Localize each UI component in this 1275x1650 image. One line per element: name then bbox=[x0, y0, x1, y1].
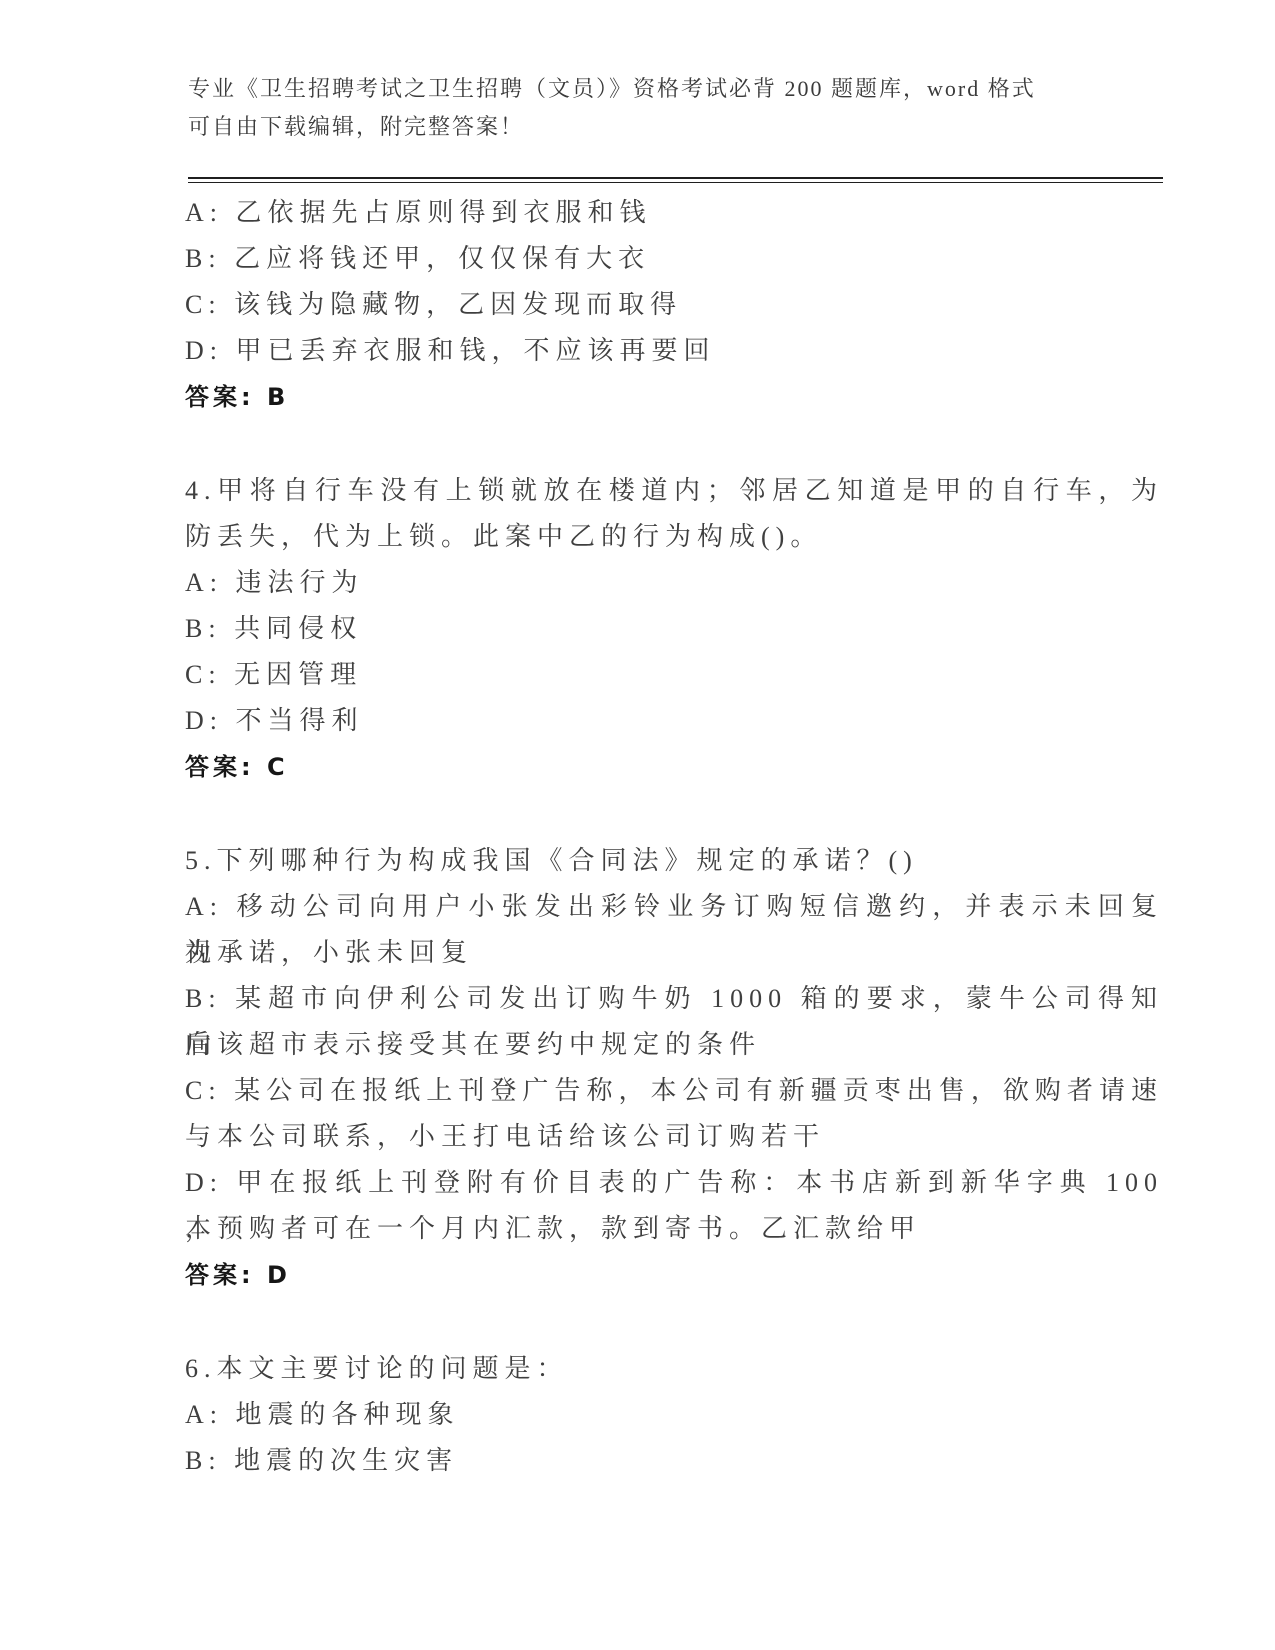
question-text: 6.本文主要讨论的问题是： bbox=[185, 1346, 1163, 1392]
text-line: 为承诺，小张未回复 bbox=[185, 930, 1163, 976]
rule-line-bottom bbox=[188, 182, 1163, 183]
option-item: C: 该钱为隐藏物，乙因发现而取得 bbox=[185, 282, 1163, 328]
option-item: A: 移动公司向用户小张发出彩铃业务订购短信邀约，并表示未回复视为承诺，小张未回… bbox=[185, 884, 1163, 976]
question-block: 5.下列哪种行为构成我国《合同法》规定的承诺？()A: 移动公司向用户小张发出彩… bbox=[185, 838, 1163, 1298]
text-line: A: 地震的各种现象 bbox=[185, 1392, 1163, 1438]
text-line: ，预购者可在一个月内汇款，款到寄书。乙汇款给甲 bbox=[185, 1206, 1163, 1252]
text-line: B: 乙应将钱还甲，仅仅保有大衣 bbox=[185, 236, 1163, 282]
option-item: B: 某超市向伊利公司发出订购牛奶 1000 箱的要求，蒙牛公司得知后向该超市表… bbox=[185, 976, 1163, 1068]
option-item: D: 甲已丢弃衣服和钱，不应该再要回 bbox=[185, 328, 1163, 374]
option-item: A: 地震的各种现象 bbox=[185, 1392, 1163, 1438]
text-line: 6.本文主要讨论的问题是： bbox=[185, 1346, 1163, 1392]
document-page: 专业《卫生招聘考试之卫生招聘（文员）》资格考试必背 200 题题库，word 格… bbox=[0, 0, 1275, 1650]
option-item: D: 不当得利 bbox=[185, 698, 1163, 744]
header-line: 专业《卫生招聘考试之卫生招聘（文员）》资格考试必背 200 题题库，word 格… bbox=[188, 70, 1088, 108]
option-item: C: 无因管理 bbox=[185, 652, 1163, 698]
text-line: A: 乙依据先占原则得到衣服和钱 bbox=[185, 190, 1163, 236]
header-line: 可自由下载编辑，附完整答案！ bbox=[188, 108, 1088, 146]
option-item: A: 乙依据先占原则得到衣服和钱 bbox=[185, 190, 1163, 236]
text-line: 向该超市表示接受其在要约中规定的条件 bbox=[185, 1022, 1163, 1068]
text-line: D: 不当得利 bbox=[185, 698, 1163, 744]
text-line: C: 无因管理 bbox=[185, 652, 1163, 698]
text-line: B: 某超市向伊利公司发出订购牛奶 1000 箱的要求，蒙牛公司得知后 bbox=[185, 976, 1163, 1022]
question-block: 4.甲将自行车没有上锁就放在楼道内；邻居乙知道是甲的自行车，为防丢失，代为上锁。… bbox=[185, 468, 1163, 790]
text-line: B: 地震的次生灾害 bbox=[185, 1438, 1163, 1484]
text-line: C: 该钱为隐藏物，乙因发现而取得 bbox=[185, 282, 1163, 328]
answer-line: 答案: B bbox=[185, 374, 1163, 420]
question-text: 4.甲将自行车没有上锁就放在楼道内；邻居乙知道是甲的自行车，为防丢失，代为上锁。… bbox=[185, 468, 1163, 560]
text-line: 防丢失，代为上锁。此案中乙的行为构成()。 bbox=[185, 514, 1163, 560]
text-line: C: 某公司在报纸上刊登广告称，本公司有新疆贡枣出售，欲购者请速 bbox=[185, 1068, 1163, 1114]
answer-line: 答案: D bbox=[185, 1252, 1163, 1298]
text-line: D: 甲在报纸上刊登附有价目表的广告称：本书店新到新华字典 100 本 bbox=[185, 1160, 1163, 1206]
text-line: 5.下列哪种行为构成我国《合同法》规定的承诺？() bbox=[185, 838, 1163, 884]
option-item: B: 地震的次生灾害 bbox=[185, 1438, 1163, 1484]
question-text: 5.下列哪种行为构成我国《合同法》规定的承诺？() bbox=[185, 838, 1163, 884]
text-line: 4.甲将自行车没有上锁就放在楼道内；邻居乙知道是甲的自行车，为 bbox=[185, 468, 1163, 514]
answer-line: 答案: C bbox=[185, 744, 1163, 790]
option-item: A: 违法行为 bbox=[185, 560, 1163, 606]
option-item: C: 某公司在报纸上刊登广告称，本公司有新疆贡枣出售，欲购者请速与本公司联系，小… bbox=[185, 1068, 1163, 1160]
text-line: A: 违法行为 bbox=[185, 560, 1163, 606]
text-line: D: 甲已丢弃衣服和钱，不应该再要回 bbox=[185, 328, 1163, 374]
text-line: B: 共同侵权 bbox=[185, 606, 1163, 652]
questions-area: A: 乙依据先占原则得到衣服和钱B: 乙应将钱还甲，仅仅保有大衣C: 该钱为隐藏… bbox=[185, 190, 1163, 1484]
option-item: B: 乙应将钱还甲，仅仅保有大衣 bbox=[185, 236, 1163, 282]
option-item: D: 甲在报纸上刊登附有价目表的广告称：本书店新到新华字典 100 本，预购者可… bbox=[185, 1160, 1163, 1252]
option-item: B: 共同侵权 bbox=[185, 606, 1163, 652]
header-rule bbox=[188, 177, 1163, 183]
text-line: 与本公司联系，小王打电话给该公司订购若干 bbox=[185, 1114, 1163, 1160]
question-block: A: 乙依据先占原则得到衣服和钱B: 乙应将钱还甲，仅仅保有大衣C: 该钱为隐藏… bbox=[185, 190, 1163, 420]
question-block: 6.本文主要讨论的问题是：A: 地震的各种现象B: 地震的次生灾害 bbox=[185, 1346, 1163, 1484]
document-header: 专业《卫生招聘考试之卫生招聘（文员）》资格考试必背 200 题题库，word 格… bbox=[188, 70, 1088, 146]
text-line: A: 移动公司向用户小张发出彩铃业务订购短信邀约，并表示未回复视 bbox=[185, 884, 1163, 930]
